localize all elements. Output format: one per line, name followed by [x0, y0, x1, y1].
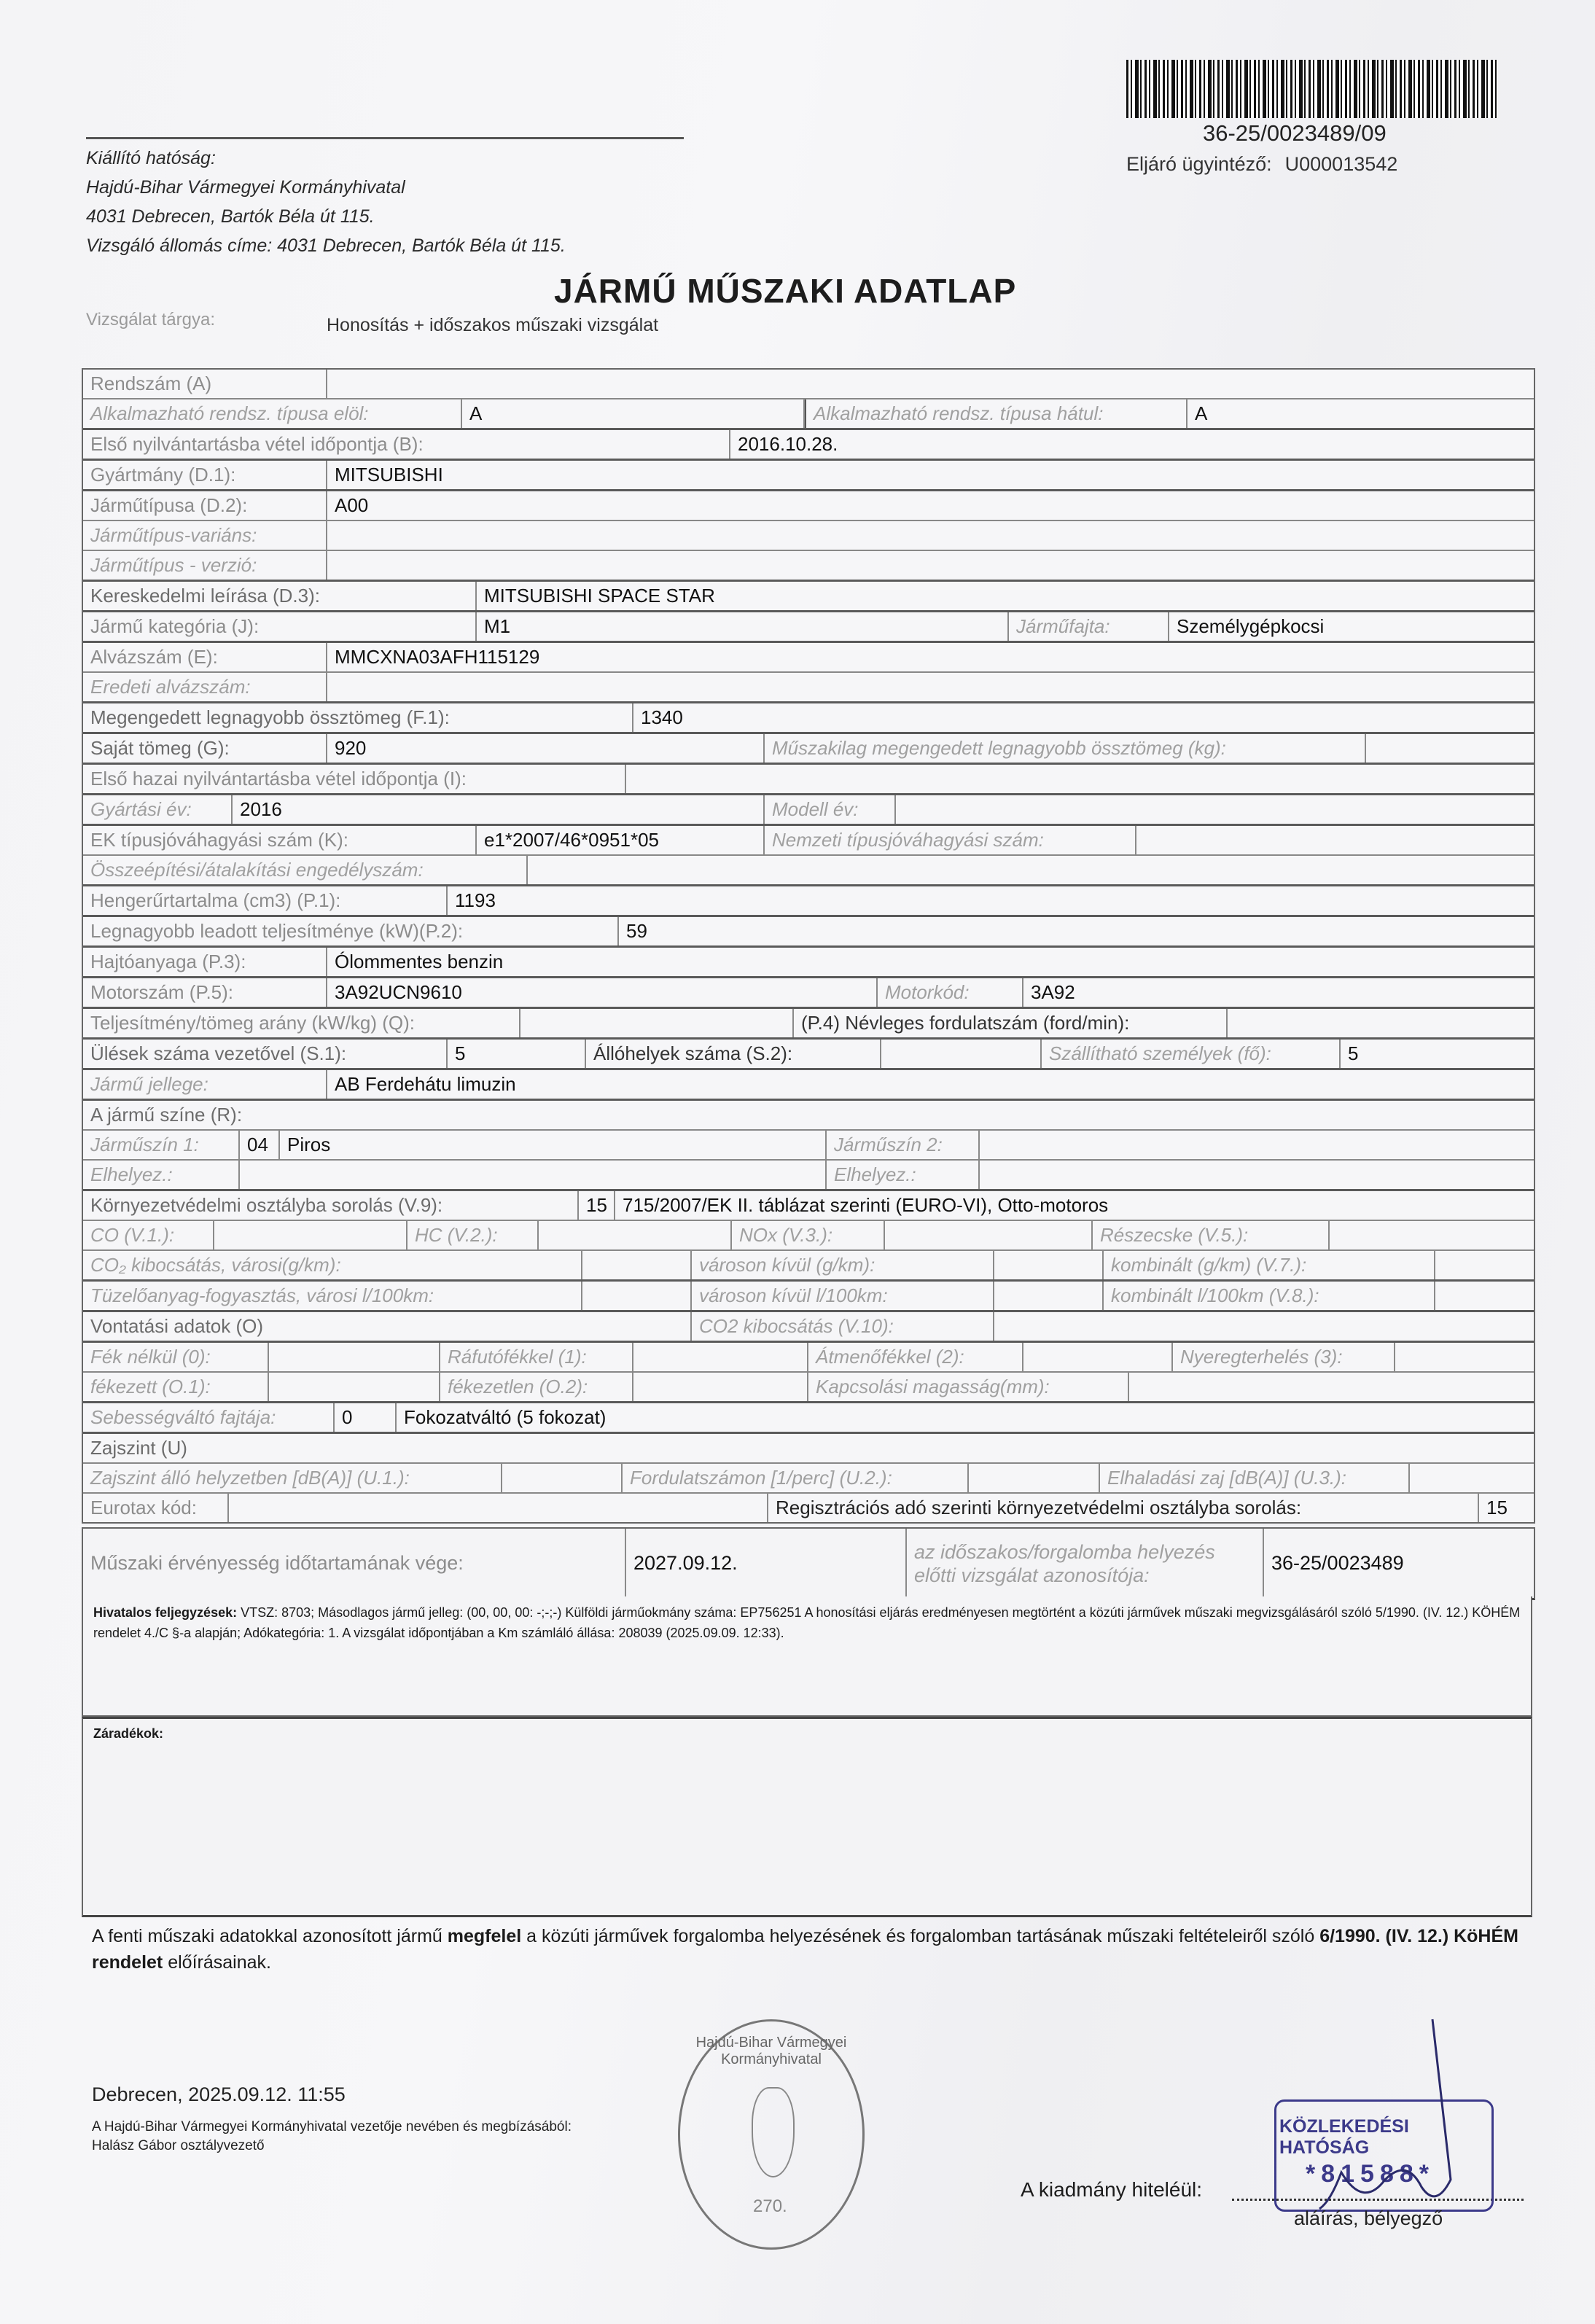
official-notes: Hivatalos feljegyzések: VTSZ: 8703; Máso…: [82, 1596, 1532, 1717]
issuer-block: Kiállító hatóság: Hajdú-Bihar Vármegyei …: [86, 137, 684, 260]
power-weight-value: [520, 1009, 794, 1037]
form-row: Eredeti alvázszám:: [83, 673, 1534, 703]
tech-max-mass-value: [1366, 734, 1534, 763]
particles-label: Részecske (V.5.):: [1093, 1221, 1330, 1249]
clauses-label: Záradékok:: [93, 1726, 163, 1741]
co-label: CO (V.1.):: [83, 1221, 214, 1249]
form-row: Fék nélkül (0): Ráfutófékkel (1): Átmenő…: [83, 1343, 1534, 1373]
form-row: Gyártási év: 2016 Modell év:: [83, 795, 1534, 826]
form-row: Motorszám (P.5): 3A92UCN9610 Motorkód: 3…: [83, 978, 1534, 1009]
commercial-name-value: MITSUBISHI SPACE STAR: [477, 582, 1534, 610]
placement1-value: [240, 1161, 827, 1189]
plate-rear-value: A: [1188, 399, 1534, 428]
engine-number-value: 3A92UCN9610: [327, 978, 878, 1007]
form-row: Elhelyez.: Elhelyez.:: [83, 1161, 1534, 1191]
statement-text: előírásainak.: [163, 1952, 271, 1973]
inspection-id-label: az időszakos/forgalomba helyezés előtti …: [907, 1529, 1264, 1598]
form-row: Első hazai nyilvántartásba vétel időpont…: [83, 765, 1534, 795]
coupling-height-value: [1129, 1373, 1534, 1401]
co2-extra-label: városon kívül (g/km):: [692, 1251, 994, 1279]
signature-icon: [1276, 2012, 1494, 2216]
co-value: [214, 1221, 407, 1249]
first-registration-value: 2016.10.28.: [730, 430, 1534, 459]
place-date: Debrecen, 2025.09.12. 11:55: [92, 2083, 346, 2106]
notes-label: Hivatalos feljegyzések:: [93, 1605, 237, 1620]
conversion-permit-label: Összeépítési/átalakítási engedélyszám:: [83, 856, 528, 884]
env-class-code: 15: [579, 1191, 615, 1220]
towing-header: Vontatási adatok (O): [83, 1312, 692, 1341]
noise-standing-value: [502, 1464, 623, 1492]
overrun-brake-value: [633, 1343, 808, 1371]
hc-label: HC (V.2.):: [407, 1221, 539, 1249]
noise-standing-label: Zajszint álló helyzetben [dB(A)] (U.1.):: [83, 1464, 502, 1492]
first-registration-label: Első nyilvántartásba vétel időpontja (B)…: [83, 430, 730, 459]
fuel-extra-label: városon kívül l/100km:: [692, 1282, 994, 1310]
signer-block: A Hajdú-Bihar Vármegyei Kormányhivatal v…: [92, 2118, 572, 2156]
fuel-combined-value: [1435, 1282, 1534, 1310]
color1-code: 04: [240, 1131, 280, 1159]
through-brake-value: [1023, 1343, 1173, 1371]
subject-value: Honosítás + időszakos műszaki vizsgálat: [327, 315, 658, 336]
conversion-permit-value: [528, 856, 1534, 884]
particles-value: [1330, 1221, 1534, 1249]
form-row: Saját tömeg (G): 920 Műszakilag megenged…: [83, 734, 1534, 765]
fuel-urban-label: Tüzelőanyag-fogyasztás, városi l/100km:: [83, 1282, 582, 1310]
noise-rpm-label: Fordulatszámon [1/perc] (U.2.):: [623, 1464, 969, 1492]
co2-urban-value: [582, 1251, 692, 1279]
issuer-address: 4031 Debrecen, Bartók Béla út 115.: [86, 202, 684, 231]
form-row: Megengedett legnagyobb össztömeg (F.1): …: [83, 703, 1534, 734]
no-brake-value: [269, 1343, 440, 1371]
noise-rpm-value: [969, 1464, 1100, 1492]
issuer-label: Kiállító hatóság:: [86, 144, 684, 173]
rated-rpm-label: (P.4) Névleges fordulatszám (ford/min):: [794, 1009, 1228, 1037]
eurotax-value: [229, 1494, 768, 1522]
statement-emphasis: megfelel: [448, 1926, 521, 1946]
category-label: Jármű kategória (J):: [83, 612, 477, 641]
noise-passby-label: Elhaladási zaj [dB(A)] (U.3.):: [1100, 1464, 1410, 1492]
co2-v10-label: CO2 kibocsátás (V.10):: [692, 1312, 994, 1341]
issuer-name: Hajdú-Bihar Vármegyei Kormányhivatal: [86, 173, 684, 202]
seats-value: 5: [448, 1040, 586, 1068]
national-approval-value: [1136, 826, 1534, 854]
max-mass-value: 1340: [633, 703, 1534, 732]
saddle-load-label: Nyeregterhelés (3):: [1173, 1343, 1395, 1371]
form-row: Járműszín 1: 04 Piros Járműszín 2:: [83, 1131, 1534, 1161]
form-row: Első nyilvántartásba vétel időpontja (B)…: [83, 430, 1534, 461]
body-label: Jármű jellege:: [83, 1070, 327, 1099]
fuel-label: Hajtóanyaga (P.3):: [83, 948, 327, 976]
variant-value: [327, 521, 1534, 550]
form-row: Rendszám (A): [83, 370, 1534, 399]
form-row: Hengerűrtartalma (cm3) (P.1): 1193: [83, 886, 1534, 917]
category-value: M1: [477, 612, 1009, 641]
fuel-urban-value: [582, 1282, 692, 1310]
max-mass-label: Megengedett legnagyobb össztömeg (F.1):: [83, 703, 633, 732]
form-row: Járműtípus - verzió:: [83, 551, 1534, 582]
form-row: Járműtípus-variáns:: [83, 521, 1534, 551]
clauses-box: Záradékok:: [82, 1717, 1532, 1917]
reg-tax-class-value: 15: [1479, 1494, 1534, 1522]
displacement-label: Hengerűrtartalma (cm3) (P.1):: [83, 886, 448, 915]
noise-header: Zajszint (U): [83, 1434, 1534, 1462]
form-row: Teljesítmény/tömeg arány (kW/kg) (Q): (P…: [83, 1009, 1534, 1040]
eurotax-label: Eurotax kód:: [83, 1494, 229, 1522]
form-row: EK típusjóváhagyási szám (K): e1*2007/46…: [83, 826, 1534, 856]
color2-label: Járműszín 2:: [827, 1131, 980, 1159]
braked-label: fékezett (O.1):: [83, 1373, 269, 1401]
tech-max-mass-label: Műszakilag megengedett legnagyobb össztö…: [765, 734, 1366, 763]
co2-extra-value: [994, 1251, 1104, 1279]
seal-number: 270.: [753, 2196, 787, 2217]
power-weight-label: Teljesítmény/tömeg arány (kW/kg) (Q):: [83, 1009, 520, 1037]
national-approval-label: Nemzeti típusjóváhagyási szám:: [765, 826, 1136, 854]
reg-tax-class-label: Regisztrációs adó szerinti környezetvéde…: [768, 1494, 1479, 1522]
page-title: JÁRMŰ MŰSZAKI ADATLAP: [554, 271, 1016, 311]
saddle-load-value: [1395, 1343, 1534, 1371]
ec-approval-label: EK típusjóváhagyási szám (K):: [83, 826, 477, 854]
notes-text: VTSZ: 8703; Másodlagos jármű jelleg: (00…: [93, 1605, 1520, 1640]
form-row: Járműtípusa (D.2): A00: [83, 491, 1534, 521]
own-mass-label: Saját tömeg (G):: [83, 734, 327, 763]
placement2-value: [980, 1161, 1534, 1189]
coupling-height-label: Kapcsolási magasság(mm):: [808, 1373, 1129, 1401]
document-number: 36-25/0023489/09: [1203, 120, 1387, 147]
ec-approval-value: e1*2007/46*0951*05: [477, 826, 765, 854]
make-value: MITSUBISHI: [327, 461, 1534, 489]
engine-number-label: Motorszám (P.5):: [83, 978, 327, 1007]
form-row: CO (V.1.): HC (V.2.): NOx (V.3.): Részec…: [83, 1221, 1534, 1251]
env-class-label: Környezetvédelmi osztályba sorolás (V.9)…: [83, 1191, 579, 1220]
vehicle-kind-label: Járműfajta:: [1009, 612, 1169, 641]
body-value: AB Ferdehátu limuzin: [327, 1070, 1534, 1099]
unbraked-label: fékezetlen (O.2):: [440, 1373, 633, 1401]
vehicle-data-form: Rendszám (A) Alkalmazható rendsz. típusa…: [82, 368, 1535, 1524]
type-value: A00: [327, 491, 1534, 520]
form-row: Jármű kategória (J): M1 Járműfajta: Szem…: [83, 612, 1534, 643]
noise-passby-value: [1410, 1464, 1534, 1492]
form-row: Eurotax kód: Regisztrációs adó szerinti …: [83, 1494, 1534, 1522]
handler-label: Eljáró ügyintéző:: [1126, 153, 1272, 175]
gearbox-code: 0: [335, 1403, 397, 1432]
form-row: Környezetvédelmi osztályba sorolás (V.9)…: [83, 1191, 1534, 1221]
validity-value: 2027.09.12.: [626, 1529, 907, 1598]
form-row: Összeépítési/átalakítási engedélyszám:: [83, 856, 1534, 886]
plate-front-label: Alkalmazható rendsz. típusa elöl:: [83, 399, 462, 428]
inspection-id-value: 36-25/0023489: [1264, 1529, 1534, 1598]
form-row: Jármű jellege: AB Ferdehátu limuzin: [83, 1070, 1534, 1101]
official-seal-icon: Hajdú-Bihar Vármegyei Kormányhivatal 270…: [678, 2019, 865, 2250]
gearbox-value: Fokozatváltó (5 fokozat): [397, 1403, 1534, 1432]
handler-value: U000013542: [1285, 153, 1398, 175]
validity-label: Műszaki érvényesség időtartamának vége:: [83, 1529, 626, 1598]
power-label: Legnagyobb leadott teljesítménye (kW)(P.…: [83, 917, 619, 945]
color2-value: [980, 1131, 1534, 1159]
form-row: Legnagyobb leadott teljesítménye (kW)(P.…: [83, 917, 1534, 948]
form-row: CO₂ kibocsátás, városi(g/km): városon kí…: [83, 1251, 1534, 1282]
braked-value: [269, 1373, 440, 1401]
displacement-value: 1193: [448, 886, 1534, 915]
make-label: Gyártmány (D.1):: [83, 461, 327, 489]
form-row: Alkalmazható rendsz. típusa elöl: A Alka…: [83, 399, 1534, 430]
version-label: Járműtípus - verzió:: [83, 551, 327, 580]
form-row: Zajszint álló helyzetben [dB(A)] (U.1.):…: [83, 1464, 1534, 1494]
no-brake-label: Fék nélkül (0):: [83, 1343, 269, 1371]
validity-row: Műszaki érvényesség időtartamának vége: …: [82, 1527, 1535, 1600]
passengers-value: 5: [1341, 1040, 1534, 1068]
co2-urban-label: CO₂ kibocsátás, városi(g/km):: [83, 1251, 582, 1279]
color1-label: Járműszín 1:: [83, 1131, 240, 1159]
fuel-combined-label: kombinált l/100km (V.8.):: [1104, 1282, 1435, 1310]
overrun-brake-label: Ráfutófékkel (1):: [440, 1343, 633, 1371]
power-value: 59: [619, 917, 1534, 945]
subject-label: Vizsgálat tárgya:: [86, 310, 215, 330]
standing-value: [881, 1040, 1042, 1068]
vin-label: Alvázszám (E):: [83, 643, 327, 671]
co2-combined-label: kombinált (g/km) (V.7.):: [1104, 1251, 1435, 1279]
first-domestic-reg-label: Első hazai nyilvántartásba vétel időpont…: [83, 765, 626, 793]
case-handler: Eljáró ügyintéző:U000013542: [1126, 153, 1397, 176]
commercial-name-label: Kereskedelmi leírása (D.3):: [83, 582, 477, 610]
form-row: fékezett (O.1): fékezetlen (O.2): Kapcso…: [83, 1373, 1534, 1403]
plate-rear-label: Alkalmazható rendsz. típusa hátul:: [805, 399, 1188, 428]
form-row: Zajszint (U): [83, 1434, 1534, 1464]
seal-text: Hajdú-Bihar Vármegyei Kormányhivatal: [695, 2035, 848, 2068]
form-row: Tüzelőanyag-fogyasztás, városi l/100km: …: [83, 1282, 1534, 1312]
hc-value: [539, 1221, 732, 1249]
unbraked-value: [633, 1373, 808, 1401]
co2-combined-value: [1435, 1251, 1534, 1279]
signer-name: Halász Gábor osztályvezető: [92, 2137, 572, 2156]
variant-label: Járműtípus-variáns:: [83, 521, 327, 550]
original-vin-label: Eredeti alvázszám:: [83, 673, 327, 701]
engine-code-value: 3A92: [1023, 978, 1534, 1007]
model-year-value: [896, 795, 1534, 824]
own-mass-value: 920: [327, 734, 765, 763]
placement1-label: Elhelyez.:: [83, 1161, 240, 1189]
rated-rpm-value: [1228, 1009, 1534, 1037]
form-row: Gyártmány (D.1): MITSUBISHI: [83, 461, 1534, 491]
plate-label: Rendszám (A): [83, 370, 327, 398]
signature-caption: aláírás, bélyegző: [1294, 2207, 1443, 2230]
plate-value: [327, 370, 1534, 398]
form-row: Hajtóanyaga (P.3): Ólommentes benzin: [83, 948, 1534, 978]
nox-value: [885, 1221, 1093, 1249]
statement-text: a közúti járművek forgalomba helyezéséne…: [521, 1926, 1319, 1946]
engine-code-label: Motorkód:: [878, 978, 1023, 1007]
form-row: Vontatási adatok (O) CO2 kibocsátás (V.1…: [83, 1312, 1534, 1343]
coat-of-arms-icon: [752, 2087, 795, 2177]
issuer-rule: [86, 137, 684, 139]
standing-label: Állóhelyek száma (S.2):: [586, 1040, 881, 1068]
gearbox-label: Sebességváltó fajtája:: [83, 1403, 335, 1432]
signer-line: A Hajdú-Bihar Vármegyei Kormányhivatal v…: [92, 2118, 572, 2137]
form-row: Kereskedelmi leírása (D.3): MITSUBISHI S…: [83, 582, 1534, 612]
co2-v10-value: [994, 1312, 1534, 1341]
version-value: [327, 551, 1534, 580]
env-class-value: 715/2007/EK II. táblázat szerinti (EURO-…: [615, 1191, 1534, 1220]
seats-label: Ülések száma vezetővel (S.1):: [83, 1040, 448, 1068]
fuel-extra-value: [994, 1282, 1104, 1310]
original-vin-value: [327, 673, 1534, 701]
authentication-label: A kiadmány hiteléül:: [1021, 2178, 1202, 2202]
form-row: A jármű színe (R):: [83, 1101, 1534, 1131]
vin-value: MMCXNA03AFH115129: [327, 643, 1534, 671]
color-header: A jármű színe (R):: [83, 1101, 1534, 1129]
compliance-statement: A fenti műszaki adatokkal azonosított já…: [92, 1923, 1521, 1976]
first-domestic-reg-value: [626, 765, 1534, 793]
fuel-value: Ólommentes benzin: [327, 948, 1534, 976]
model-year-label: Modell év:: [765, 795, 896, 824]
barcode-icon: [1126, 60, 1498, 118]
placement2-label: Elhelyez.:: [827, 1161, 980, 1189]
form-row: Sebességváltó fajtája: 0 Fokozatváltó (5…: [83, 1403, 1534, 1434]
station-address: Vizsgáló állomás címe: 4031 Debrecen, Ba…: [86, 231, 684, 260]
through-brake-label: Átmenőfékkel (2):: [808, 1343, 1023, 1371]
plate-front-value: A: [462, 399, 805, 428]
manufacture-year-value: 2016: [233, 795, 765, 824]
form-row: Ülések száma vezetővel (S.1): 5 Állóhely…: [83, 1040, 1534, 1070]
color1-value: Piros: [280, 1131, 827, 1159]
statement-text: A fenti műszaki adatokkal azonosított já…: [92, 1926, 448, 1946]
form-row: Alvázszám (E): MMCXNA03AFH115129: [83, 643, 1534, 673]
nox-label: NOx (V.3.):: [732, 1221, 885, 1249]
vehicle-kind-value: Személygépkocsi: [1169, 612, 1534, 641]
type-label: Járműtípusa (D.2):: [83, 491, 327, 520]
passengers-label: Szállítható személyek (fő):: [1042, 1040, 1341, 1068]
manufacture-year-label: Gyártási év:: [83, 795, 233, 824]
